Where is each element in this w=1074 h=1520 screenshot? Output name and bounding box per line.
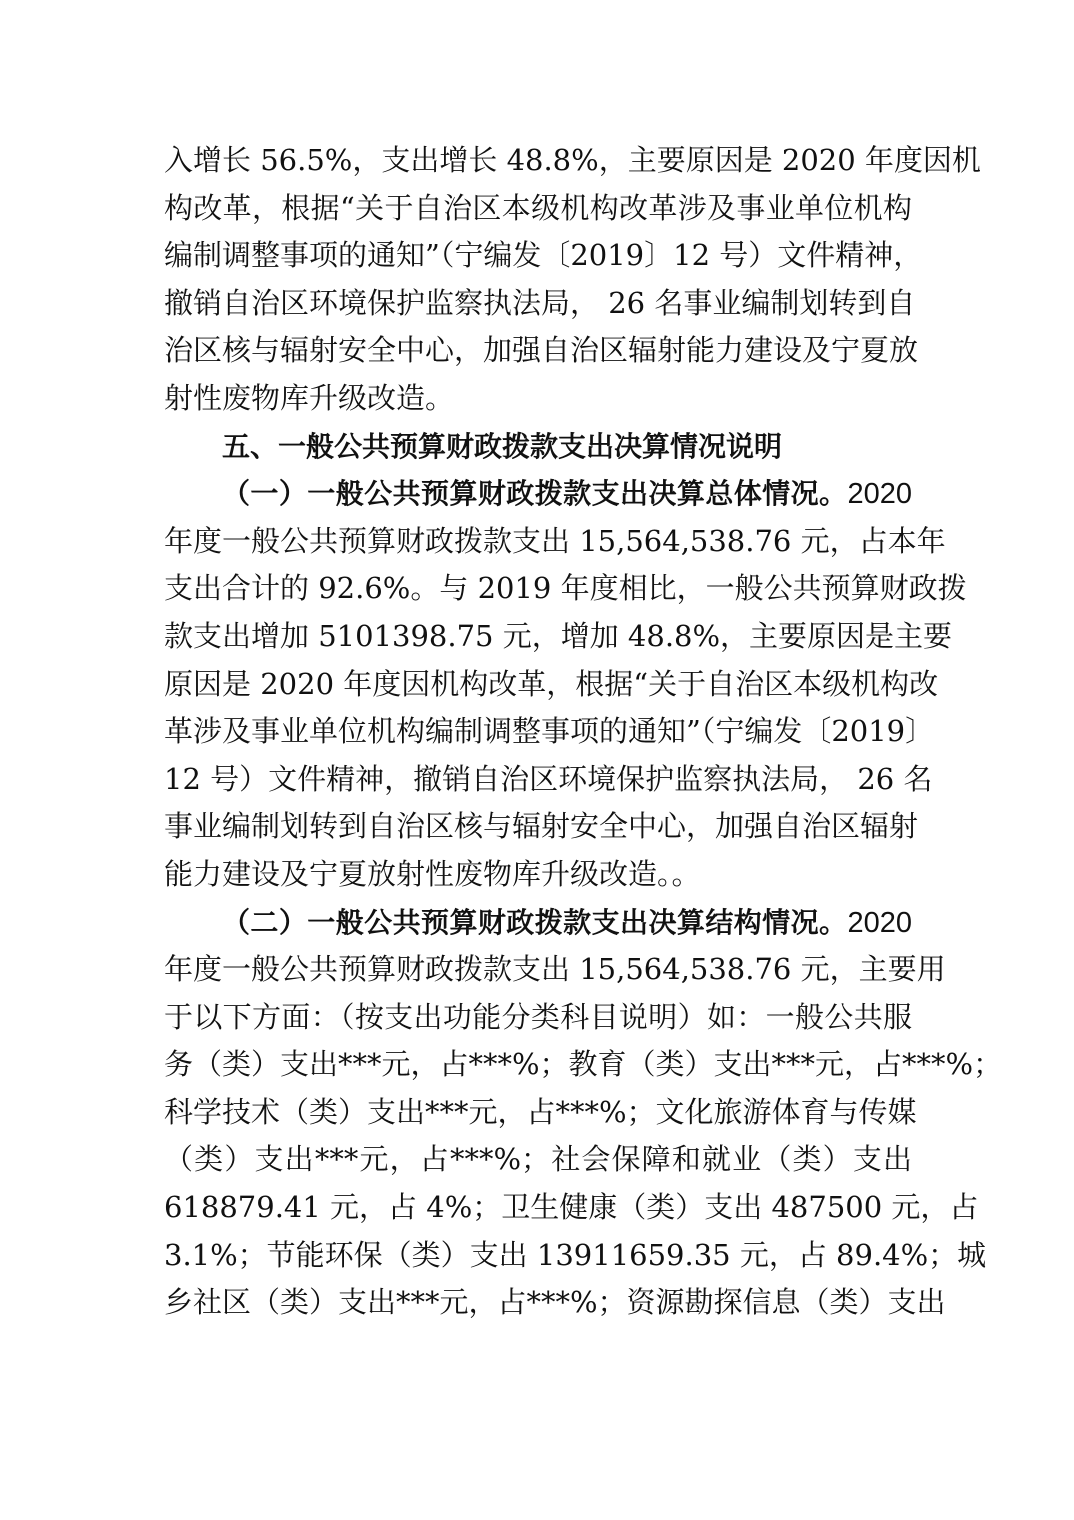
paragraph-line: 撤销自治区环境保护监察执法局， 26 名事业编制划转到自 xyxy=(164,280,912,328)
paragraph-line: 乡社区（类）支出***元，占***%；资源勘探信息（类）支出 xyxy=(164,1279,912,1327)
paragraph-line: 治区核与辐射安全中心，加强自治区辐射能力建设及宁夏放 xyxy=(164,327,912,375)
paragraph-line: （类）支出***元，占***%；社会保障和就业（类）支出 xyxy=(164,1136,912,1184)
subsection-lead-text: 2020 xyxy=(847,907,912,939)
paragraph-line: 年度一般公共预算财政拨款支出 15,564,538.76 元，主要用 xyxy=(164,946,912,994)
paragraph-line: 原因是 2020 年度因机构改革，根据“关于自治区本级机构改 xyxy=(164,661,912,709)
paragraph-line: 12 号）文件精神，撤销自治区环境保护监察执法局， 26 名 xyxy=(164,756,912,804)
paragraph-line: 款支出增加 5101398.75 元，增加 48.8%，主要原因是主要 xyxy=(164,613,912,661)
subsection-title: （一）一般公共预算财政拨款支出决算总体情况。 xyxy=(222,477,847,510)
paragraph-line: 构改革，根据“关于自治区本级机构改革涉及事业单位机构 xyxy=(164,185,912,233)
paragraph-line: 务（类）支出***元，占***%；教育（类）支出***元，占***%； xyxy=(164,1041,912,1089)
paragraph-line: 科学技术（类）支出***元，占***%；文化旅游体育与传媒 xyxy=(164,1089,912,1137)
paragraph-line: 射性废物库升级改造。 xyxy=(164,375,912,423)
paragraph-line: 编制调整事项的通知”（宁编发〔2019〕12 号）文件精神， xyxy=(164,232,912,280)
paragraph-line: 618879.41 元，占 4%；卫生健康（类）支出 487500 元，占 xyxy=(164,1184,912,1232)
paragraph-line: 3.1%；节能环保（类）支出 13911659.35 元，占 89.4%；城 xyxy=(164,1232,912,1280)
paragraph-line: 能力建设及宁夏放射性废物库升级改造。。 xyxy=(164,851,912,899)
subsection-title-line: （一）一般公共预算财政拨款支出决算总体情况。2020 xyxy=(164,470,912,518)
subsection-overall: （一）一般公共预算财政拨款支出决算总体情况。2020 年度一般公共预算财政拨款支… xyxy=(164,470,912,898)
section-heading: 五、一般公共预算财政拨款支出决算情况说明 xyxy=(164,423,912,471)
paragraph-line: 支出合计的 92.6%。与 2019 年度相比，一般公共预算财政拨 xyxy=(164,565,912,613)
subsection-structure: （二）一般公共预算财政拨款支出决算结构情况。2020 年度一般公共预算财政拨款支… xyxy=(164,899,912,1327)
paragraph-line: 于以下方面：（按支出功能分类科目说明）如：一般公共服 xyxy=(164,994,912,1042)
continuation-paragraph: 入增长 56.5%，支出增长 48.8%，主要原因是 2020 年度因机 构改革… xyxy=(164,137,912,423)
subsection-title: （二）一般公共预算财政拨款支出决算结构情况。 xyxy=(222,906,847,939)
paragraph-line: 事业编制划转到自治区核与辐射安全中心，加强自治区辐射 xyxy=(164,803,912,851)
subsection-title-line: （二）一般公共预算财政拨款支出决算结构情况。2020 xyxy=(164,899,912,947)
paragraph-line: 年度一般公共预算财政拨款支出 15,564,538.76 元，占本年 xyxy=(164,518,912,566)
subsection-lead-text: 2020 xyxy=(847,478,912,510)
paragraph-line: 革涉及事业单位机构编制调整事项的通知”（宁编发〔2019〕 xyxy=(164,708,912,756)
paragraph-line: 入增长 56.5%，支出增长 48.8%，主要原因是 2020 年度因机 xyxy=(164,137,912,185)
document-page: 入增长 56.5%，支出增长 48.8%，主要原因是 2020 年度因机 构改革… xyxy=(164,137,912,1327)
